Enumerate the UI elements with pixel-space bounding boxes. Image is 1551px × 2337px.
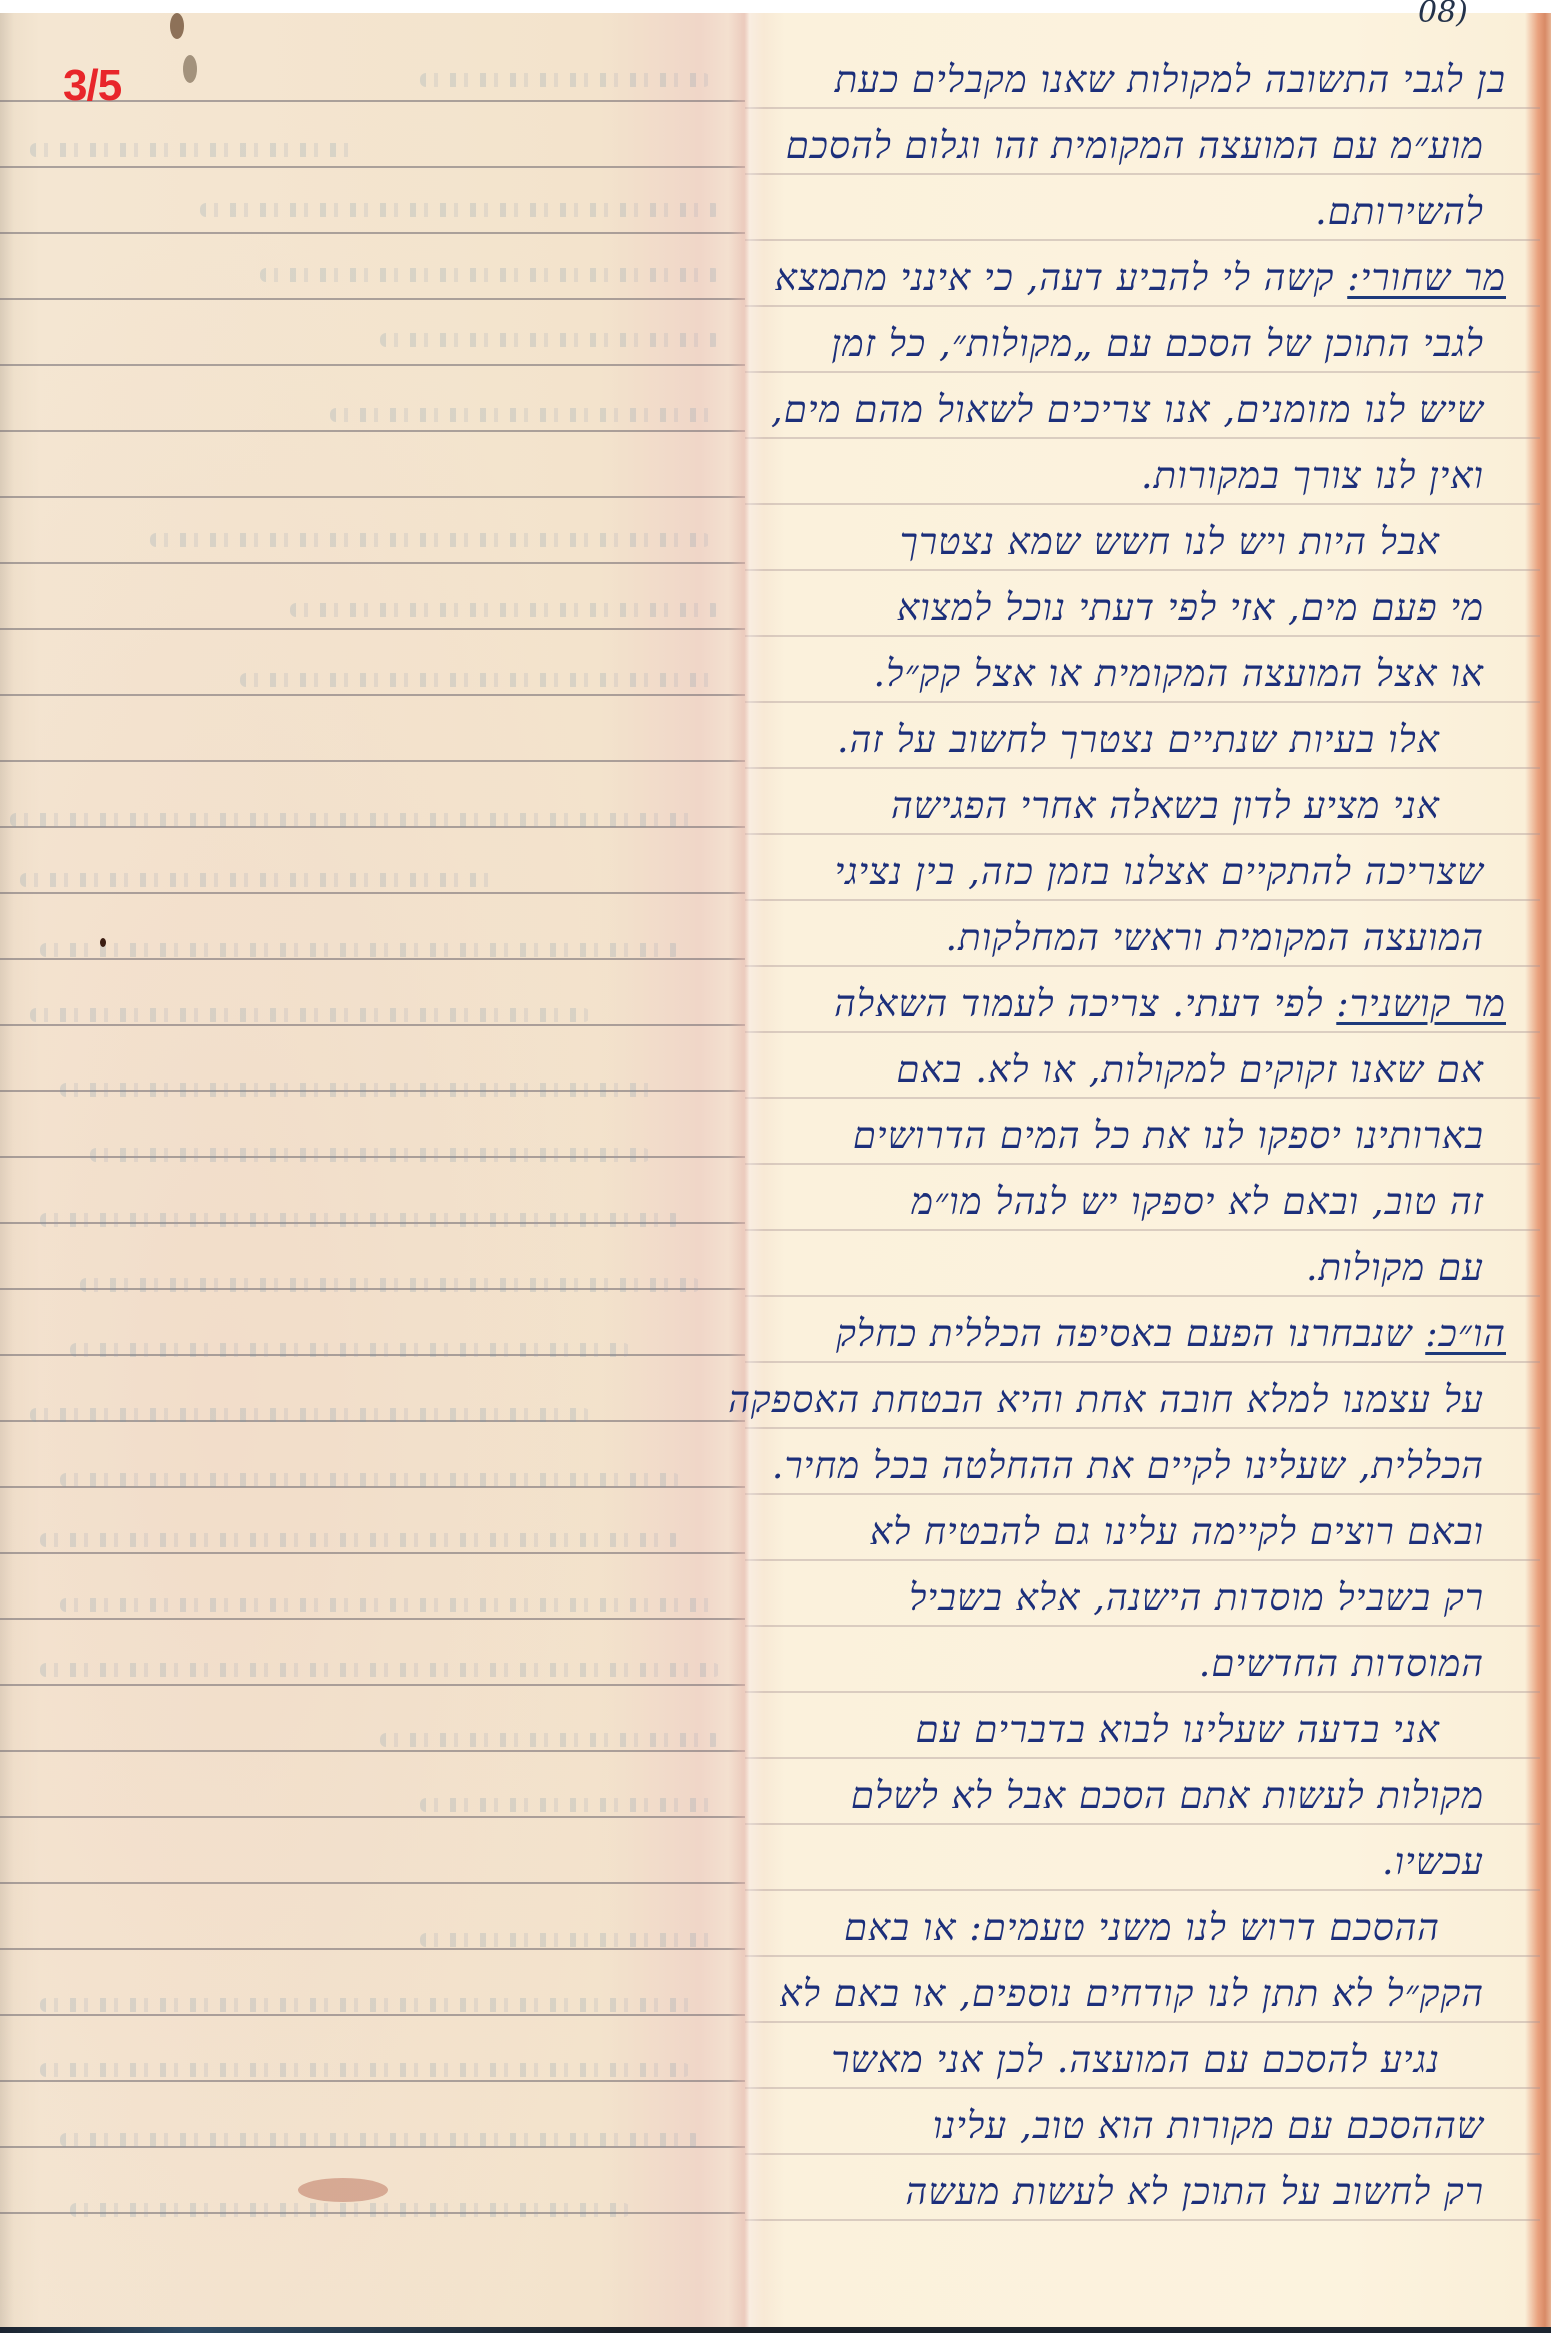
speaker-heading: הו״כ: — [1425, 1312, 1506, 1355]
text-line: עכשיו. — [1382, 1843, 1484, 1880]
text-line: אני מציע לדון בשאלה אחרי הפגישה — [891, 787, 1440, 824]
ruled-line — [0, 430, 745, 432]
ruled-line — [0, 496, 745, 498]
ruled-line — [0, 232, 745, 234]
page-count-label: 3/5 — [63, 61, 121, 111]
text-line: שההסכם עם מקורות הוא טוב, עלינו — [933, 2107, 1484, 2144]
text-line: עם מקולות. — [1306, 1249, 1484, 1286]
text-line: ההסכם דרוש לנו משני טעמים: או באם — [844, 1909, 1440, 1946]
ruled-line — [0, 298, 745, 300]
speaker-heading: מר שחורי: — [1347, 256, 1506, 299]
ruled-line — [0, 628, 745, 630]
text-line-body: קשה לי להביע דעה, כי אינני מתמצא — [775, 256, 1335, 299]
text-line: הקק״ל לא תתן לנו קודחים נוספים, או באם ל… — [780, 1975, 1484, 2012]
ruled-line — [0, 1816, 745, 1818]
text-line: מר שחורי: קשה לי להביע דעה, כי אינני מתמ… — [775, 259, 1506, 296]
ruled-line — [0, 2080, 745, 2082]
ruled-line — [0, 1552, 745, 1554]
ruled-line — [0, 1618, 745, 1620]
bleed-through-text — [40, 1213, 680, 1227]
bleed-through-text — [40, 2063, 690, 2077]
text-line: או אצל המועצה המקומית או אצל קק״ל. — [873, 655, 1484, 692]
bleed-through-text — [380, 1733, 720, 1747]
bleed-through-text — [150, 533, 710, 547]
bleed-through-text — [200, 203, 720, 217]
handwritten-text: בן לגבי התשובה למקולות שאנו מקבלים כעת מ… — [745, 13, 1540, 2327]
ruled-line — [0, 694, 745, 696]
text-line: רק בשביל מוסדות הישנה, אלא בשביל — [909, 1579, 1484, 1616]
bleed-through-text — [70, 1343, 630, 1357]
ruled-line — [0, 1684, 745, 1686]
text-line: רק לחשוב על התוכן לא לעשות מעשה — [906, 2173, 1484, 2210]
text-line: על עצמנו למלא חובה אחת והיא הבטחת האספקה — [728, 1381, 1484, 1418]
text-line: אלו בעיות שנתיים נצטרך לחשוב על זה. — [837, 721, 1440, 758]
text-line: בארותינו יספקו לנו את כל המים הדרושים — [853, 1117, 1484, 1154]
bleed-through-text — [20, 873, 500, 887]
text-line: אני בדעה שעלינו לבוא בדברים עם — [916, 1711, 1441, 1748]
text-line: ובאם רוצים לקיימה עלינו גם להבטיח לא — [870, 1513, 1484, 1550]
text-line: שיש לנו מזומנים, אנו צריכים לשאול מהם מי… — [771, 391, 1484, 428]
notebook-scan: 3/5 08) בן לגבי התשובה למקולות שאנו מקבל… — [0, 13, 1551, 2333]
ink-spot — [183, 55, 197, 83]
text-line: הו״כ: שנבחרנו הפעם באסיפה הכללית כחלק — [836, 1315, 1506, 1352]
bleed-through-text — [420, 1933, 720, 1947]
bleed-through-text — [70, 2203, 630, 2217]
text-line: מי פעם מים, אזי לפי דעתי נוכל למצוא — [897, 589, 1484, 626]
text-line: לגבי התוכן של הסכם עם „מקולות״, כל זמן — [831, 325, 1484, 362]
left-page — [0, 13, 745, 2327]
bleed-through-text — [60, 1598, 720, 1612]
text-line: בן לגבי התשובה למקולות שאנו מקבלים כעת — [835, 61, 1506, 98]
bleed-through-text — [420, 1798, 720, 1812]
text-line: נגיע להסכם עם המועצה. לכן אני מאשר — [831, 2041, 1440, 2078]
ruled-line — [0, 1948, 745, 1950]
ruled-line — [0, 562, 745, 564]
ink-spot — [100, 938, 106, 947]
text-line: מקולות לעשות אתם הסכם אבל לא לשלם — [851, 1777, 1484, 1814]
bleed-through-text — [60, 1473, 680, 1487]
ruled-line — [0, 1882, 745, 1884]
ruled-line — [0, 1024, 745, 1026]
bleed-through-text — [290, 603, 720, 617]
scan-bottom-edge — [0, 2327, 1551, 2333]
text-line-body: שנבחרנו הפעם באסיפה הכללית כחלק — [836, 1312, 1412, 1355]
bleed-through-text — [80, 1278, 700, 1292]
text-line: זה טוב, ובאם לא יספקו יש לנהל מו״מ — [911, 1183, 1484, 1220]
bleed-through-text — [30, 1408, 590, 1422]
bleed-through-text — [30, 1008, 590, 1022]
text-line: אבל היות ויש לנו חשש שמא נצטרך — [900, 523, 1440, 560]
bleed-through-text — [40, 1663, 720, 1677]
text-line: אם שאנו זקוקים למקולות, או לא. באם — [896, 1051, 1484, 1088]
text-line: הכללית, שעלינו לקיים את ההחלטה בכל מחיר. — [772, 1447, 1484, 1484]
ruled-line — [0, 958, 745, 960]
bleed-through-text — [40, 943, 680, 957]
bleed-through-text — [260, 268, 720, 282]
bleed-through-text — [420, 73, 710, 87]
text-line: שצריכה להתקיים אצלנו בזמן כזה, בין נציגי — [835, 853, 1484, 890]
ruled-line — [0, 166, 745, 168]
ruled-line — [0, 892, 745, 894]
text-line: מוע״מ עם המועצה המקומית זהו וגלום להסכם — [786, 127, 1484, 164]
bleed-through-text — [380, 333, 720, 347]
bleed-through-text — [240, 673, 720, 687]
bleed-through-text — [40, 1998, 700, 2012]
bleed-through-text — [40, 1533, 680, 1547]
text-line-body: לפי דעתי. צריכה לעמוד השאלה — [834, 982, 1323, 1025]
rust-stain — [298, 2178, 388, 2202]
bleed-through-text — [90, 1148, 650, 1162]
bleed-through-text — [330, 408, 720, 422]
text-line: ואין לנו צורך במקורות. — [1141, 457, 1484, 494]
text-line: מר קושניר: לפי דעתי. צריכה לעמוד השאלה — [834, 985, 1506, 1022]
text-line: המועצה המקומית וראשי המחלקות. — [945, 919, 1484, 956]
text-line: להשירותם. — [1315, 193, 1484, 230]
ruled-line — [0, 364, 745, 366]
ink-spot — [170, 13, 184, 39]
ruled-line — [0, 1750, 745, 1752]
bleed-through-text — [30, 143, 360, 157]
speaker-heading: מר קושניר: — [1336, 982, 1506, 1025]
ruled-line — [0, 2014, 745, 2016]
bleed-through-text — [60, 1083, 660, 1097]
bleed-through-text — [10, 813, 700, 827]
bleed-through-text — [60, 2133, 700, 2147]
text-line: המוסדות החדשים. — [1199, 1645, 1484, 1682]
ruled-line — [0, 760, 745, 762]
